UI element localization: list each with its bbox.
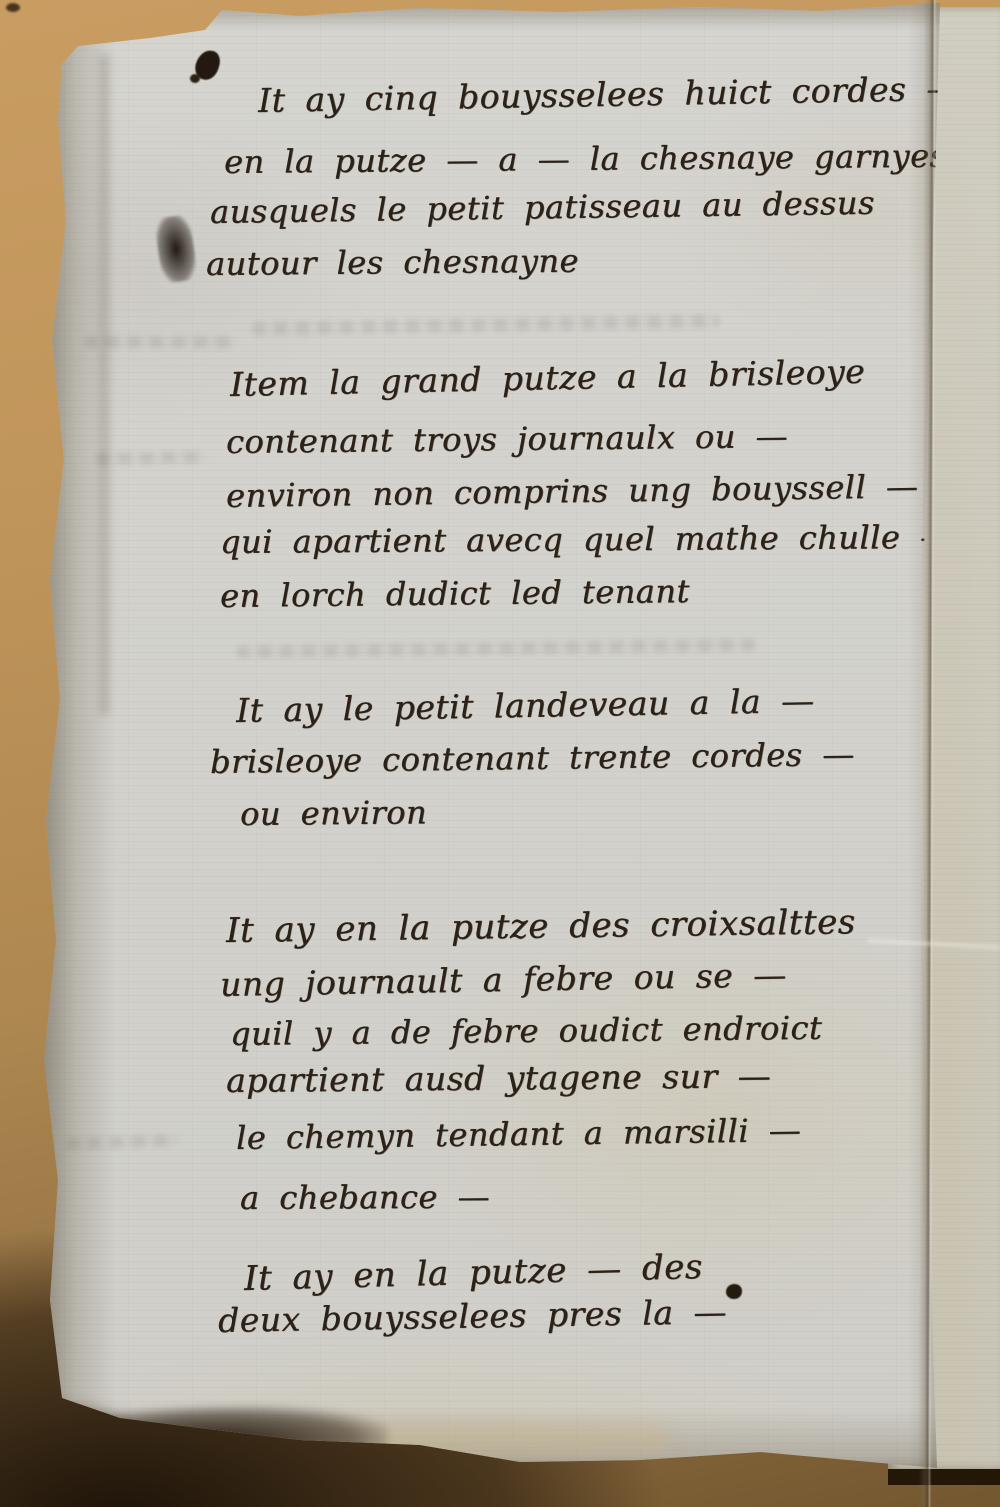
paragraph-2-line-3: environ non comprins ung bouyssell —	[226, 470, 919, 512]
ghost-text-line	[236, 638, 756, 658]
ghost-text-line	[66, 1134, 178, 1150]
paragraph-3-line-2: brisleoye contenant trente cordes —	[210, 738, 855, 778]
inner-deckle-line	[96, 55, 112, 715]
manuscript-page: It ay cinq bouysselees huict cordes — en…	[0, 0, 1000, 1507]
ghost-text-line	[252, 314, 720, 336]
paragraph-4-line-4: apartient ausd ytagene sur —	[226, 1059, 771, 1097]
ink-blot-top-tail	[190, 74, 200, 83]
ink-smudge-left-margin	[154, 214, 199, 284]
dark-stain-bottom-left-2	[0, 1401, 132, 1449]
paragraph-2-line-2: contenant troys journaulx ou —	[226, 420, 788, 458]
paragraph-1-line-4: autour les chesnayne	[206, 245, 579, 280]
paragraph-3-line-1: It ay le petit landeveau a la —	[236, 684, 815, 727]
paragraph-4-line-3: quil y a de febre oudict endroict	[230, 1012, 822, 1050]
bottom-edge-stain	[0, 1407, 1000, 1507]
paragraph-3-line-3: ou environ	[240, 796, 427, 830]
bottom-beige-waterstain	[30, 1421, 670, 1455]
paragraph-4-line-5: le chemyn tendant a marsilli —	[236, 1114, 802, 1154]
top-edge-shadow	[0, 0, 1000, 30]
paragraph-5-line-1: It ay en la putze — des	[244, 1250, 704, 1296]
paragraph-2-line-1: Item la grand putze a la brisleoye	[230, 355, 866, 401]
ink-blot-top	[192, 47, 222, 82]
paragraph-1-line-2: en la putze — a — la chesnaye garnyes	[224, 140, 947, 178]
ink-blot-small	[726, 1284, 742, 1299]
paragraph-5-line-2: deux bouysselees pres la —	[218, 1295, 727, 1337]
corner-speck	[6, 3, 20, 12]
ghost-text-line	[96, 451, 206, 465]
paragraph-4-line-2: ung journault a febre ou se —	[220, 958, 787, 1001]
paragraph-1-line-1: It ay cinq bouysselees huict cordes —	[258, 72, 960, 117]
deckled-left-edge-shadow	[38, 0, 116, 1507]
dark-stain-bottom-left	[17, 1401, 389, 1488]
paragraph-1-line-3: ausquels le petit patisseau au dessus	[210, 187, 875, 228]
ghost-text-line	[84, 336, 234, 348]
paragraph-2-line-5: en lorch dudict led tenant	[220, 575, 690, 612]
paragraph-4-line-6: a chebance —	[240, 1181, 490, 1214]
paragraph-2-line-4: qui apartient avecq quel mathe chulle —	[220, 521, 953, 558]
manuscript-photo: It ay cinq bouysselees huict cordes — en…	[0, 0, 1000, 1507]
paragraph-4-line-1: It ay en la putze des croixsalttes	[226, 905, 856, 948]
